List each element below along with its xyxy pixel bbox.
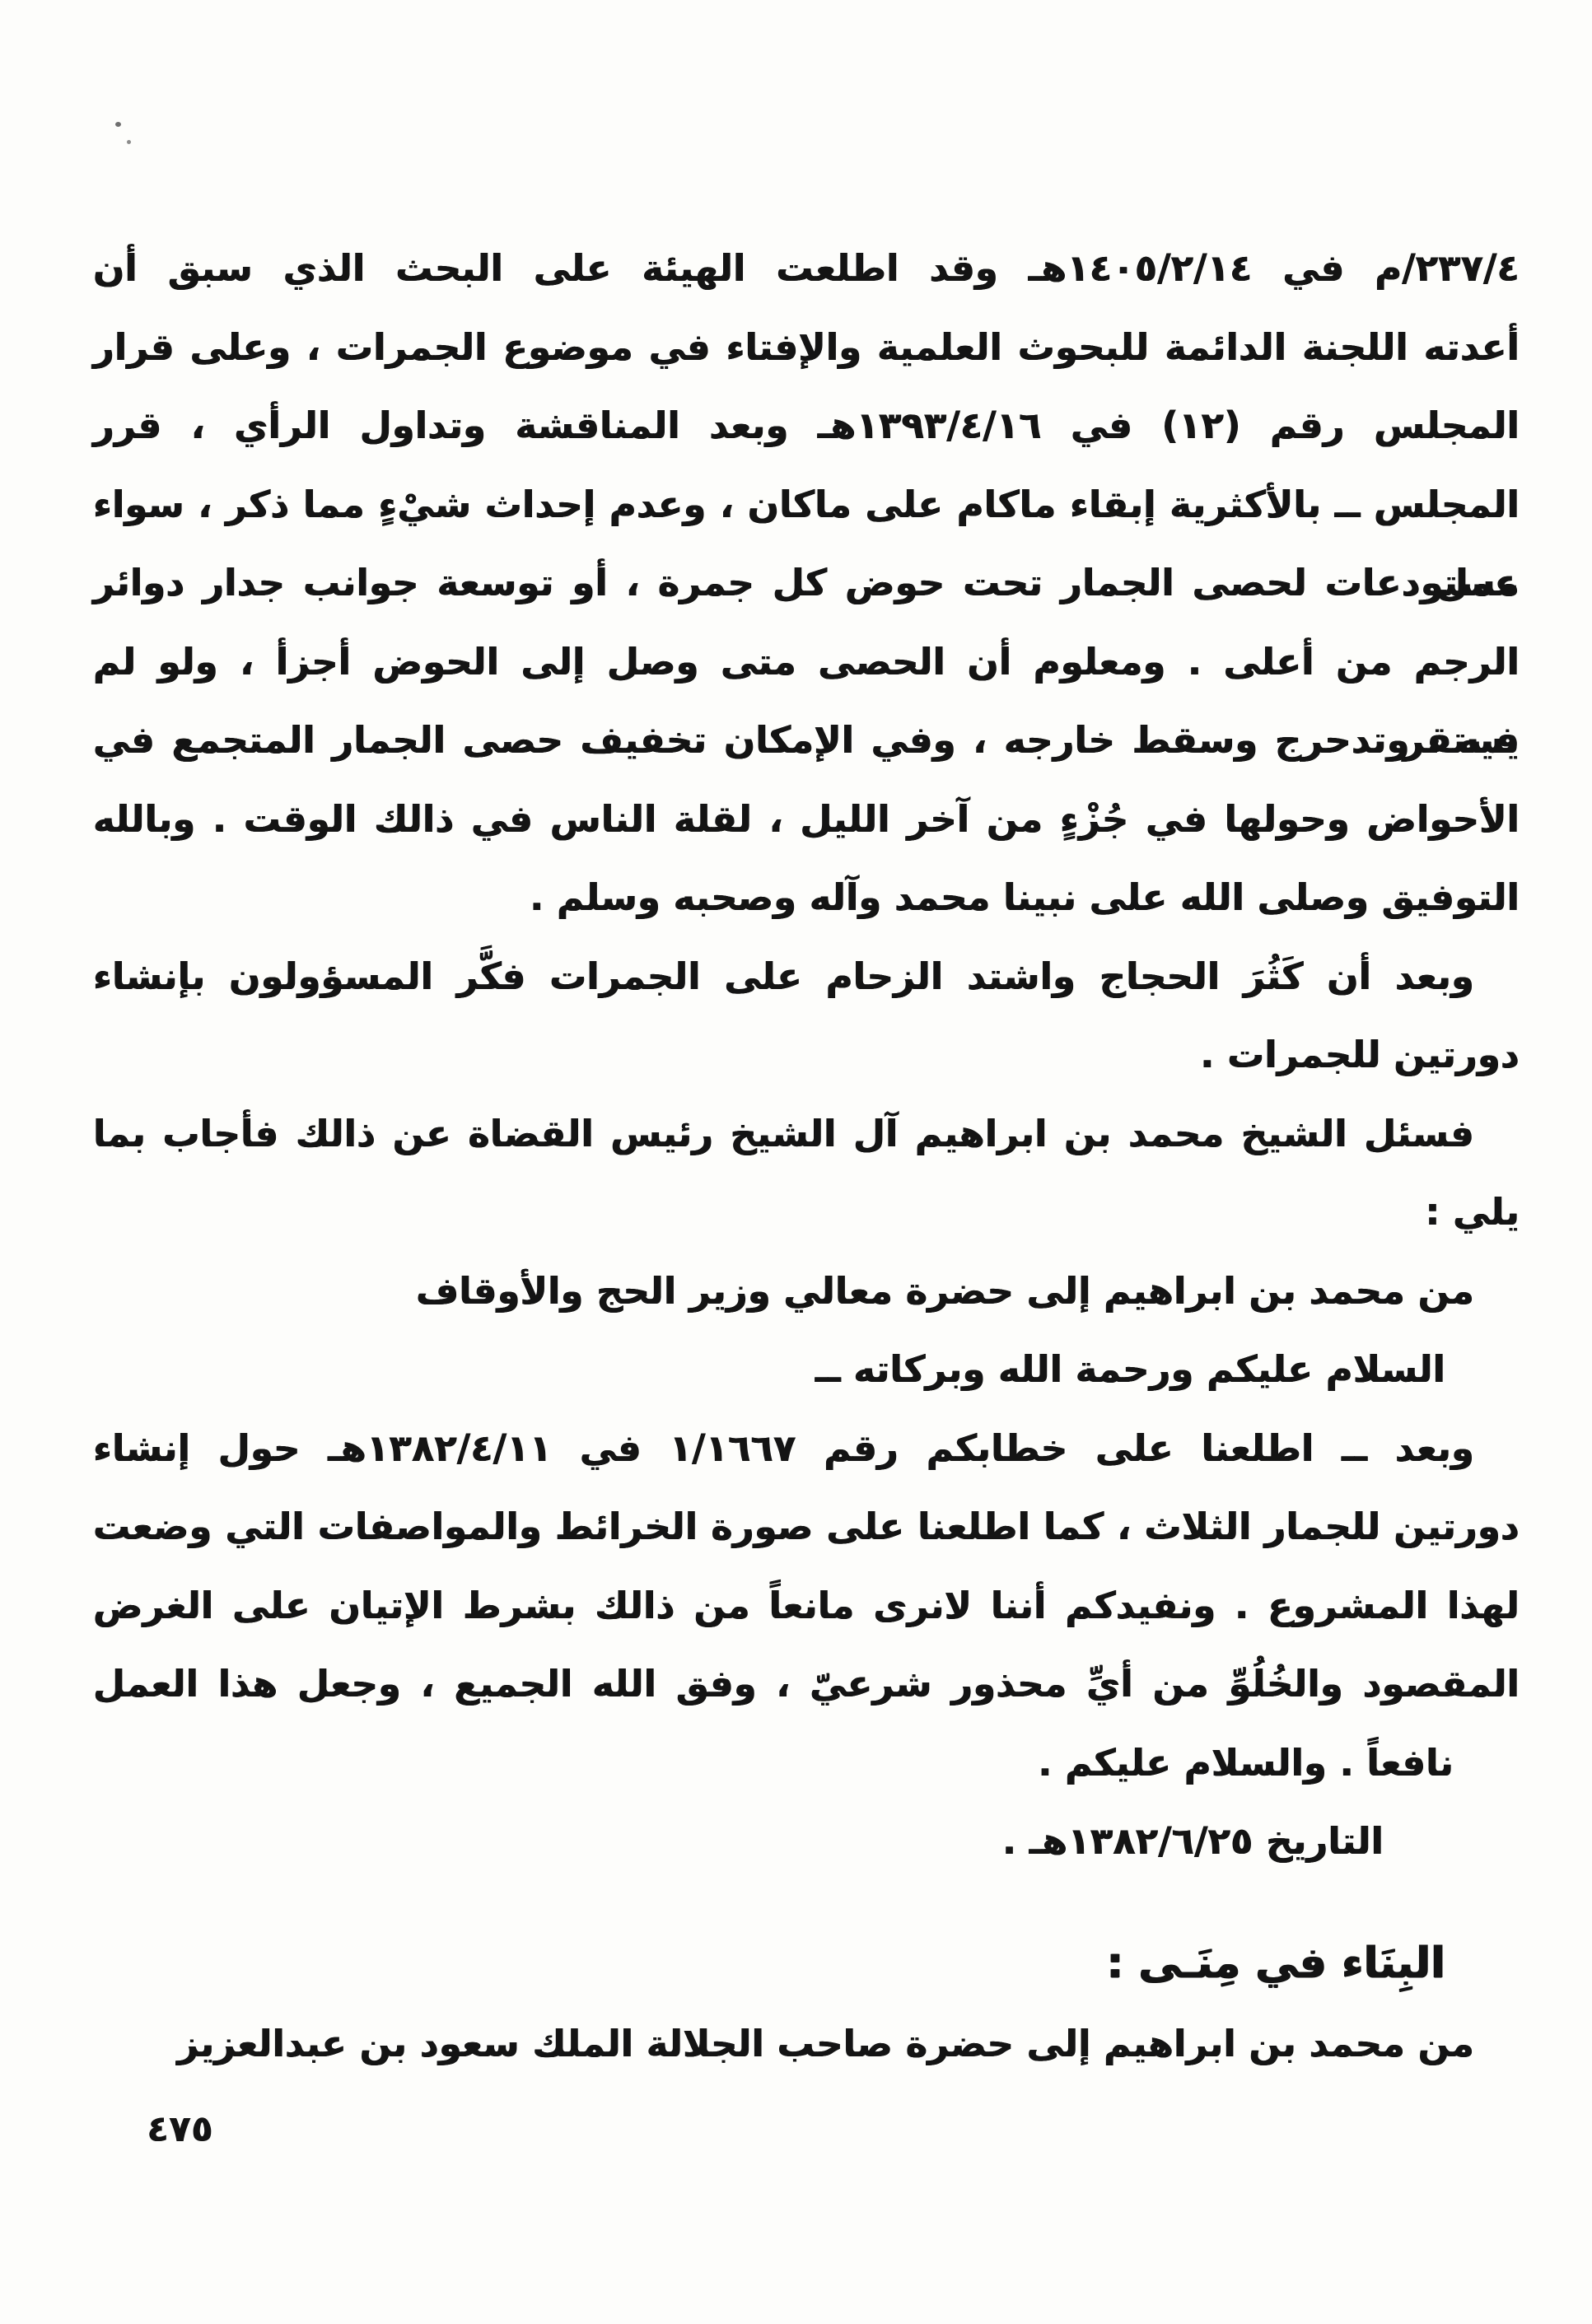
text-line letter-closing: نافعاً . والسلام عليكم . (93, 1724, 1520, 1803)
text-line: ٢٣٧/٤/م في ١٤٠٥/٢/١٤هـ وقد اطلعت الهيئة … (93, 229, 1520, 308)
text-line: الأحواض وحولها في جُزْءٍ من آخر الليل ، … (93, 780, 1520, 859)
text-line: مستودعات لحصى الجمار تحت حوض كل جمرة ، أ… (93, 544, 1520, 623)
text-line: فيه ، وتدحرج وسقط خارجه ، وفي الإمكان تخ… (93, 701, 1520, 780)
text-line letter-salutation: من محمد بن ابراهيم إلى حضرة صاحب الجلالة… (93, 2004, 1520, 2084)
text-line paragraph-start: فسئل الشيخ محمد بن ابراهيم آل الشيخ رئيس… (93, 1094, 1520, 1174)
text-line letter-salutation: من محمد بن ابراهيم إلى حضرة معالي وزير ا… (93, 1252, 1520, 1331)
text-line: التوفيق وصلى الله على نبينا محمد وآله وص… (93, 858, 1520, 937)
text-line: المجلس ــ بالأكثرية إبقاء ماكام على ماكا… (93, 465, 1520, 544)
ink-speck-artifact (127, 140, 131, 144)
text-line: لهذا المشروع . ونفيدكم أننا لانرى مانعاً… (93, 1566, 1520, 1645)
text-line: أعدته اللجنة الدائمة للبحوث العلمية والإ… (93, 308, 1520, 387)
text-line: المقصود والخُلُوِّ من أيِّ محذور شرعيّ ،… (93, 1645, 1520, 1724)
text-line paragraph-start: وبعد ــ اطلعنا على خطابكم رقم ١/١٦٦٧ في … (93, 1409, 1520, 1488)
text-line: المجلس رقم (١٢) في ١٣٩٣/٤/١٦هـ وبعد المن… (93, 386, 1520, 465)
text-line: الرجم من أعلى . ومعلوم أن الحصى متى وصل … (93, 623, 1520, 702)
text-line paragraph-start: وبعد أن كَثُرَ الحجاج واشتد الزحام على ا… (93, 937, 1520, 1016)
ink-speck-artifact (115, 122, 121, 127)
text-line: دورتين للجمرات . (93, 1015, 1520, 1094)
text-line letter-date: التاريخ ١٣٨٢/٦/٢٥هـ . (93, 1802, 1520, 1881)
text-line: دورتين للجمار الثلاث ، كما اطلعنا على صو… (93, 1487, 1520, 1566)
text-line: يلي : (93, 1173, 1520, 1252)
page-text-block: ٢٣٧/٤/م في ١٤٠٥/٢/١٤هـ وقد اطلعت الهيئة … (93, 229, 1520, 2083)
section-heading: البِنَاء في مِنَـى : (93, 1922, 1520, 2004)
text-line letter-greeting: السلام عليكم ورحمة الله وبركاته ــ (93, 1330, 1520, 1409)
page-number: ٤٧٥ (147, 2108, 213, 2150)
document-page: ٢٣٧/٤/م في ١٤٠٥/٢/١٤هـ وقد اطلعت الهيئة … (0, 0, 1592, 2324)
